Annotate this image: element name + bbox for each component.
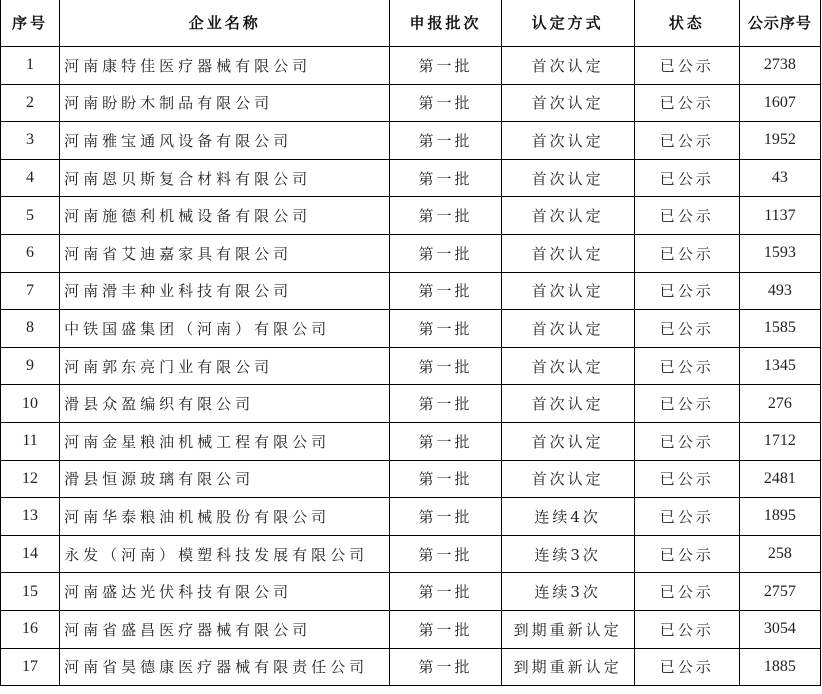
table-row: 7河南滑丰种业科技有限公司第一批首次认定已公示493 [1,272,821,310]
cell-company-name: 中铁国盛集团（河南）有限公司 [60,310,390,348]
cell-batch: 第一批 [390,610,501,648]
cell-status: 已公示 [634,272,739,310]
cell-pub-no: 43 [739,159,820,197]
table-row: 16河南省盛昌医疗器械有限公司第一批到期重新认定已公示3054 [1,610,821,648]
cell-method: 首次认定 [501,122,634,160]
cell-pub-no: 1895 [739,498,820,536]
cell-method: 连续4次 [501,498,634,536]
table-row: 1河南康特佳医疗器械有限公司第一批首次认定已公示2738 [1,47,821,85]
cell-row-index: 12 [1,460,60,498]
cell-batch: 第一批 [390,535,501,573]
cell-company-name: 河南施德利机械设备有限公司 [60,197,390,235]
cell-status: 已公示 [634,197,739,235]
cell-company-name: 河南盼盼木制品有限公司 [60,84,390,122]
cell-pub-no: 1585 [739,310,820,348]
cell-pub-no: 2757 [739,573,820,611]
cell-status: 已公示 [634,159,739,197]
cell-method: 首次认定 [501,234,634,272]
cell-pub-no: 3054 [739,610,820,648]
table-row: 14永发（河南）模塑科技发展有限公司第一批连续3次已公示258 [1,535,821,573]
cell-batch: 第一批 [390,422,501,460]
cell-company-name: 河南盛达光伏科技有限公司 [60,573,390,611]
cell-method: 首次认定 [501,47,634,85]
table-row: 2河南盼盼木制品有限公司第一批首次认定已公示1607 [1,84,821,122]
cell-status: 已公示 [634,234,739,272]
cell-batch: 第一批 [390,498,501,536]
cell-method: 连续3次 [501,573,634,611]
cell-method: 首次认定 [501,310,634,348]
cell-status: 已公示 [634,84,739,122]
cell-batch: 第一批 [390,310,501,348]
cell-row-index: 9 [1,347,60,385]
cell-method: 首次认定 [501,272,634,310]
cell-pub-no: 1712 [739,422,820,460]
cell-status: 已公示 [634,610,739,648]
table-row: 3河南雅宝通风设备有限公司第一批首次认定已公示1952 [1,122,821,160]
table-row: 13河南华泰粮油机械股份有限公司第一批连续4次已公示1895 [1,498,821,536]
cell-batch: 第一批 [390,648,501,686]
cell-pub-no: 2738 [739,47,820,85]
table-header-row: 序号 企业名称 申报批次 认定方式 状态 公示序号 [1,0,821,47]
cell-company-name: 河南省昊德康医疗器械有限责任公司 [60,648,390,686]
cell-pub-no: 2481 [739,460,820,498]
table-row: 10滑县众盈编织有限公司第一批首次认定已公示276 [1,385,821,423]
cell-batch: 第一批 [390,347,501,385]
cell-pub-no: 1345 [739,347,820,385]
header-batch: 申报批次 [390,0,501,47]
cell-pub-no: 258 [739,535,820,573]
cell-row-index: 7 [1,272,60,310]
cell-method: 到期重新认定 [501,610,634,648]
cell-batch: 第一批 [390,234,501,272]
cell-method: 连续3次 [501,535,634,573]
table-row: 9河南郭东亮门业有限公司第一批首次认定已公示1345 [1,347,821,385]
cell-row-index: 3 [1,122,60,160]
table-row: 11河南金星粮油机械工程有限公司第一批首次认定已公示1712 [1,422,821,460]
cell-pub-no: 1607 [739,84,820,122]
cell-status: 已公示 [634,47,739,85]
cell-batch: 第一批 [390,159,501,197]
cell-batch: 第一批 [390,84,501,122]
cell-batch: 第一批 [390,385,501,423]
cell-row-index: 16 [1,610,60,648]
cell-company-name: 河南郭东亮门业有限公司 [60,347,390,385]
table-row: 15河南盛达光伏科技有限公司第一批连续3次已公示2757 [1,573,821,611]
cell-status: 已公示 [634,385,739,423]
cell-status: 已公示 [634,122,739,160]
cell-row-index: 4 [1,159,60,197]
table-row: 5河南施德利机械设备有限公司第一批首次认定已公示1137 [1,197,821,235]
cell-batch: 第一批 [390,272,501,310]
cell-row-index: 10 [1,385,60,423]
cell-row-index: 17 [1,648,60,686]
cell-company-name: 河南滑丰种业科技有限公司 [60,272,390,310]
table-row: 17河南省昊德康医疗器械有限责任公司第一批到期重新认定已公示1885 [1,648,821,686]
cell-method: 首次认定 [501,422,634,460]
cell-row-index: 5 [1,197,60,235]
cell-method: 首次认定 [501,197,634,235]
table-row: 4河南恩贝斯复合材料有限公司第一批首次认定已公示43 [1,159,821,197]
cell-company-name: 滑县恒源玻璃有限公司 [60,460,390,498]
cell-row-index: 15 [1,573,60,611]
header-index: 序号 [1,0,60,47]
cell-pub-no: 1137 [739,197,820,235]
cell-pub-no: 276 [739,385,820,423]
cell-company-name: 河南省艾迪嘉家具有限公司 [60,234,390,272]
cell-pub-no: 1885 [739,648,820,686]
cell-company-name: 河南金星粮油机械工程有限公司 [60,422,390,460]
cell-pub-no: 1952 [739,122,820,160]
cell-row-index: 2 [1,84,60,122]
cell-company-name: 河南省盛昌医疗器械有限公司 [60,610,390,648]
cell-row-index: 8 [1,310,60,348]
cell-batch: 第一批 [390,573,501,611]
table-row: 12滑县恒源玻璃有限公司第一批首次认定已公示2481 [1,460,821,498]
cell-batch: 第一批 [390,47,501,85]
cell-row-index: 6 [1,234,60,272]
cell-company-name: 河南雅宝通风设备有限公司 [60,122,390,160]
cell-batch: 第一批 [390,460,501,498]
cell-pub-no: 493 [739,272,820,310]
header-company: 企业名称 [60,0,390,47]
cell-status: 已公示 [634,535,739,573]
cell-row-index: 14 [1,535,60,573]
table-row: 6河南省艾迪嘉家具有限公司第一批首次认定已公示1593 [1,234,821,272]
header-pub-no: 公示序号 [739,0,820,47]
table-body: 1河南康特佳医疗器械有限公司第一批首次认定已公示27382河南盼盼木制品有限公司… [1,47,821,686]
cell-company-name: 河南华泰粮油机械股份有限公司 [60,498,390,536]
cell-method: 首次认定 [501,385,634,423]
enterprise-list-table: 序号 企业名称 申报批次 认定方式 状态 公示序号 1河南康特佳医疗器械有限公司… [0,0,821,686]
cell-row-index: 13 [1,498,60,536]
header-method: 认定方式 [501,0,634,47]
cell-status: 已公示 [634,648,739,686]
cell-status: 已公示 [634,422,739,460]
table-row: 8中铁国盛集团（河南）有限公司第一批首次认定已公示1585 [1,310,821,348]
header-status: 状态 [634,0,739,47]
cell-status: 已公示 [634,498,739,536]
cell-pub-no: 1593 [739,234,820,272]
cell-status: 已公示 [634,460,739,498]
cell-method: 首次认定 [501,460,634,498]
cell-batch: 第一批 [390,197,501,235]
cell-method: 到期重新认定 [501,648,634,686]
cell-status: 已公示 [634,310,739,348]
cell-company-name: 河南康特佳医疗器械有限公司 [60,47,390,85]
cell-company-name: 河南恩贝斯复合材料有限公司 [60,159,390,197]
cell-status: 已公示 [634,347,739,385]
cell-row-index: 11 [1,422,60,460]
cell-status: 已公示 [634,573,739,611]
cell-method: 首次认定 [501,159,634,197]
cell-batch: 第一批 [390,122,501,160]
cell-company-name: 滑县众盈编织有限公司 [60,385,390,423]
cell-method: 首次认定 [501,347,634,385]
cell-method: 首次认定 [501,84,634,122]
cell-row-index: 1 [1,47,60,85]
cell-company-name: 永发（河南）模塑科技发展有限公司 [60,535,390,573]
